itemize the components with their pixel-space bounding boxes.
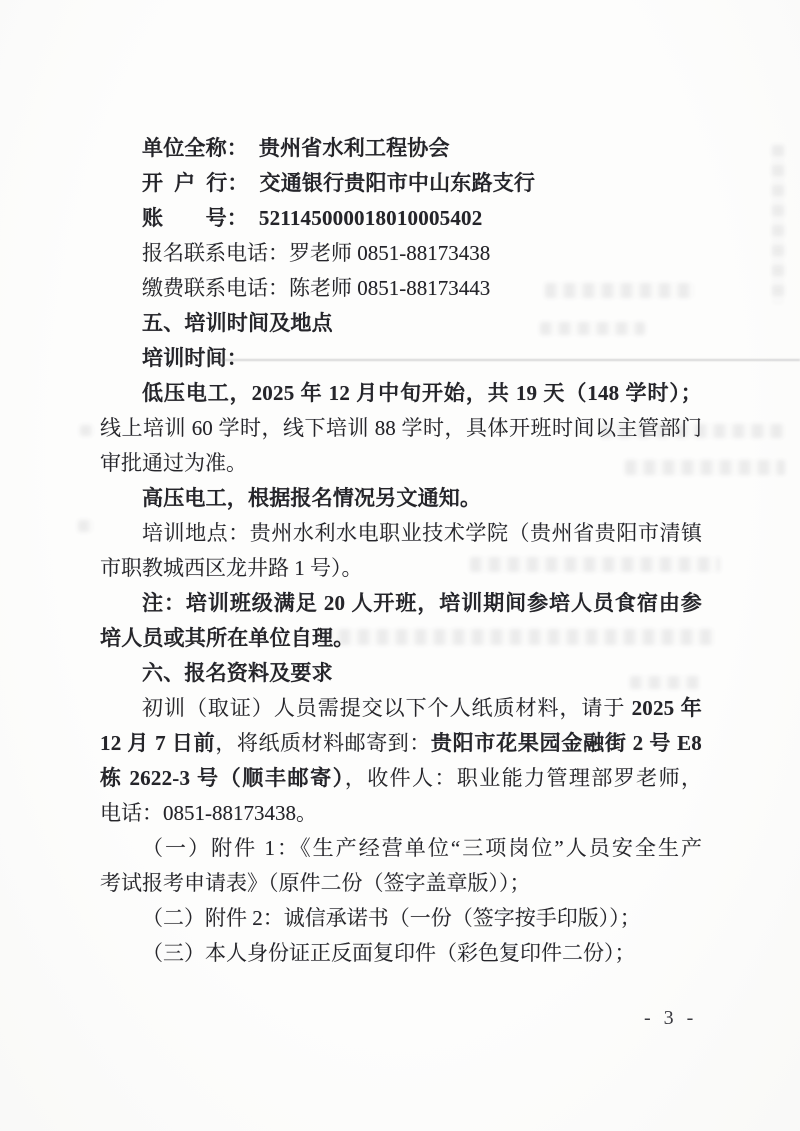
text-line: 低压电工，2025 年 12 月中旬开始，共 19 天（148 学时）； <box>100 376 702 411</box>
bold-text-segment: 单位全称： 贵州省水利工程协会 <box>142 136 450 160</box>
bold-text-segment: 六、报名资料及要求 <box>142 661 333 685</box>
bold-text-segment: 12 月 7 日前 <box>100 731 215 755</box>
text-line: 开 户 行： 交通银行贵阳市中山东路支行 <box>100 166 702 201</box>
text-segment: 初训（取证）人员需提交以下个人纸质材料，请于 <box>142 696 632 720</box>
text-segment: ，收件人：职业能力管理部罗老师， <box>345 766 702 790</box>
text-line: 单位全称： 贵州省水利工程协会 <box>100 131 702 166</box>
text-line: 电话：0851-88173438。 <box>100 796 702 831</box>
scan-bleedthrough-smudge <box>630 676 700 689</box>
bold-text-segment: 贵阳市花果园金融街 2 号 E8 <box>431 731 702 755</box>
scan-bleedthrough-smudge <box>600 424 785 438</box>
scan-artifact-line <box>210 359 800 361</box>
text-segment: 市职教城西区龙井路 1 号）。 <box>100 556 363 580</box>
text-line: 报名联系电话：罗老师 0851-88173438 <box>100 236 702 271</box>
text-line: 培训地点：贵州水利水电职业技术学院（贵州省贵阳市清镇 <box>100 516 702 551</box>
bold-text-segment: 栋 2622-3 号（顺丰邮寄） <box>100 766 345 790</box>
text-segment: 缴费联系电话：陈老师 0851-88173443 <box>142 276 490 300</box>
scan-bleedthrough-smudge <box>545 283 695 298</box>
bold-text-segment: 2025 年 <box>632 696 702 720</box>
text-line: 高压电工，根据报名情况另文通知。 <box>100 481 702 516</box>
scan-bleedthrough-smudge <box>772 145 784 305</box>
text-segment: 报名联系电话：罗老师 0851-88173438 <box>142 241 490 265</box>
bold-text-segment: 开 户 行： 交通银行贵阳市中山东路支行 <box>142 171 535 195</box>
text-segment: 电话：0851-88173438。 <box>100 801 317 825</box>
text-line: 考试报考申请表》（原件二份（签字盖章版））； <box>100 866 702 901</box>
text-line: （三）本人身份证正反面复印件（彩色复印件二份）； <box>100 936 702 971</box>
text-line: （二）附件 2：诚信承诺书（一份（签字按手印版））； <box>100 901 702 936</box>
bold-text-segment: 五、培训时间及地点 <box>142 311 333 335</box>
text-line: 初训（取证）人员需提交以下个人纸质材料，请于 2025 年 <box>100 691 702 726</box>
text-segment: （一）附件 1：《生产经营单位“三项岗位”人员安全生产 <box>142 836 702 860</box>
document-body: 单位全称： 贵州省水利工程协会开 户 行： 交通银行贵阳市中山东路支行账 号： … <box>100 131 702 971</box>
scan-bleedthrough-smudge <box>80 425 94 436</box>
text-line: 注：培训班级满足 20 人开班，培训期间参培人员食宿由参 <box>100 586 702 621</box>
text-line: （一）附件 1：《生产经营单位“三项岗位”人员安全生产 <box>100 831 702 866</box>
scanned-page: 单位全称： 贵州省水利工程协会开 户 行： 交通银行贵阳市中山东路支行账 号： … <box>0 0 800 1131</box>
bold-text-segment: 培人员或其所在单位自理。 <box>100 626 354 650</box>
text-line: 12 月 7 日前，将纸质材料邮寄到：贵阳市花果园金融街 2 号 E8 <box>100 726 702 761</box>
bold-text-segment: 高压电工，根据报名情况另文通知。 <box>142 486 481 510</box>
text-segment: 考试报考申请表》（原件二份（签字盖章版））； <box>100 871 531 895</box>
text-line: 栋 2622-3 号（顺丰邮寄），收件人：职业能力管理部罗老师， <box>100 761 702 796</box>
text-line: 六、报名资料及要求 <box>100 656 702 691</box>
scan-bleedthrough-smudge <box>470 557 720 572</box>
text-segment: ，将纸质材料邮寄到： <box>215 731 431 755</box>
scan-bleedthrough-smudge <box>625 460 785 475</box>
text-segment: （三）本人身份证正反面复印件（彩色复印件二份）； <box>142 941 636 965</box>
text-line: 账 号： 521145000018010005402 <box>100 201 702 236</box>
text-segment: 审批通过为准。 <box>100 451 247 475</box>
text-line: 审批通过为准。 <box>100 446 702 481</box>
bold-text-segment: 培训时间： <box>142 346 248 370</box>
text-segment: 培训地点：贵州水利水电职业技术学院（贵州省贵阳市清镇 <box>142 521 702 545</box>
text-segment: （二）附件 2：诚信承诺书（一份（签字按手印版））； <box>142 906 641 930</box>
bold-text-segment: 低压电工，2025 年 12 月中旬开始，共 19 天（148 学时）； <box>142 381 702 405</box>
scan-bleedthrough-smudge <box>320 629 715 645</box>
bold-text-segment: 账 号： 521145000018010005402 <box>142 206 482 230</box>
scan-bleedthrough-smudge <box>78 520 94 532</box>
scan-bleedthrough-smudge <box>540 322 645 335</box>
page-number: - 3 - <box>644 1007 697 1030</box>
bold-text-segment: 注：培训班级满足 20 人开班，培训期间参培人员食宿由参 <box>142 591 702 615</box>
